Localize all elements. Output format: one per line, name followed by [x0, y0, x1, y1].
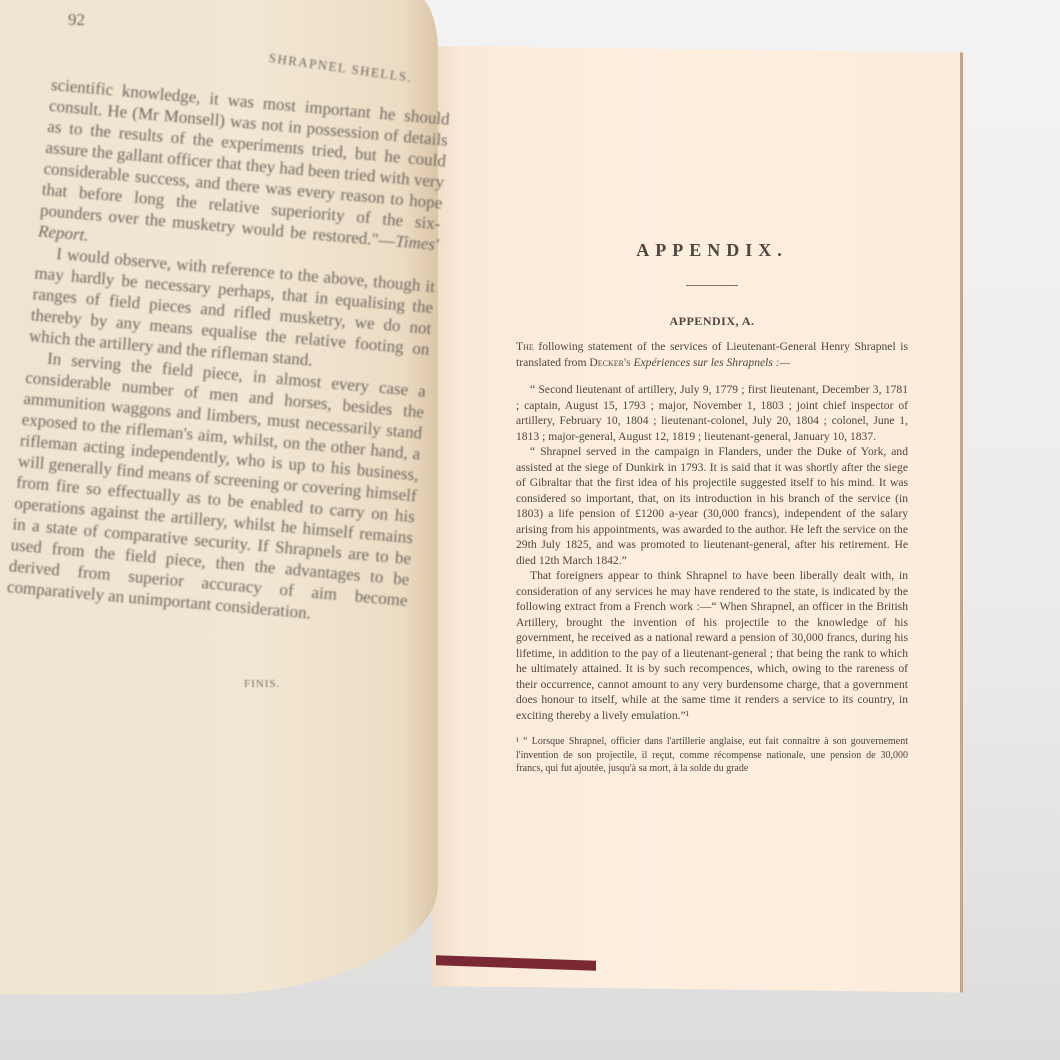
running-head: SHRAPNEL SHELLS. — [268, 50, 414, 86]
title-divider — [686, 285, 738, 286]
finis-mark: FINIS. — [244, 678, 280, 690]
page-title: APPENDIX. — [516, 240, 908, 261]
paragraph: That foreigners appear to think Shrapnel… — [516, 568, 908, 723]
section-title: APPENDIX, A. — [516, 314, 908, 329]
intro-paragraph: The following statement of the services … — [516, 339, 908, 370]
page-number: 92 — [68, 10, 85, 30]
paragraph: “ Second lieutenant of artillery, July 9… — [516, 382, 908, 444]
footnote: ¹ “ Lorsque Shrapnel, officier dans l'ar… — [516, 735, 908, 776]
right-page-content: APPENDIX. APPENDIX, A. The following sta… — [516, 240, 908, 776]
paragraph: “ Shrapnel served in the campaign in Fla… — [516, 444, 908, 568]
left-page: 92 SHRAPNEL SHELLS. scientific knowledge… — [0, 0, 438, 995]
left-page-text: scientific knowledge, it was most import… — [6, 74, 450, 632]
paragraph: In serving the field piece, in almost ev… — [6, 346, 426, 632]
appendix-body: The following statement of the services … — [516, 339, 908, 723]
